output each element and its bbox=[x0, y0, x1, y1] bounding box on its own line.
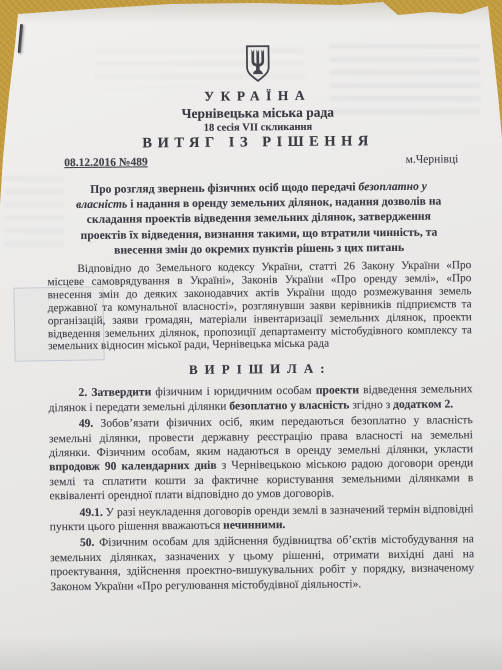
document-page: УКРАЇНА Чернівецька міська рада 18 сесія… bbox=[45, 39, 474, 596]
decision-item-50: 50. Фізичним особам для здійснення будів… bbox=[50, 533, 475, 595]
decision-item-49-1: 49.1. У разі неукладення договорів оренд… bbox=[50, 502, 474, 535]
paper-bottom-shadow bbox=[0, 636, 502, 670]
decision-item-2: 2. Затвердити фізичним і юридичним особа… bbox=[48, 383, 472, 416]
decision-item-49: 49. Зобов’язати фізичних осіб, яким пере… bbox=[49, 413, 474, 504]
ukraine-trident-emblem bbox=[244, 41, 271, 86]
preamble-paragraph: Відповідно до Земельного кодексу України… bbox=[47, 259, 472, 353]
date-and-number: 08.12.2016 №489 bbox=[64, 156, 148, 169]
subject-paragraph: Про розгляд звернень фізичних осіб щодо … bbox=[71, 178, 446, 258]
resolved-heading: ВИРІШИЛА: bbox=[48, 360, 472, 380]
decision-items: 2. Затвердити фізичним і юридичним особа… bbox=[48, 383, 474, 595]
document-type-title: ВИТЯГ ІЗ РІШЕННЯ bbox=[46, 132, 470, 153]
meta-row: 08.12.2016 №489 м.Чернівці bbox=[46, 153, 470, 169]
place-name: м.Чернівці bbox=[406, 153, 459, 166]
